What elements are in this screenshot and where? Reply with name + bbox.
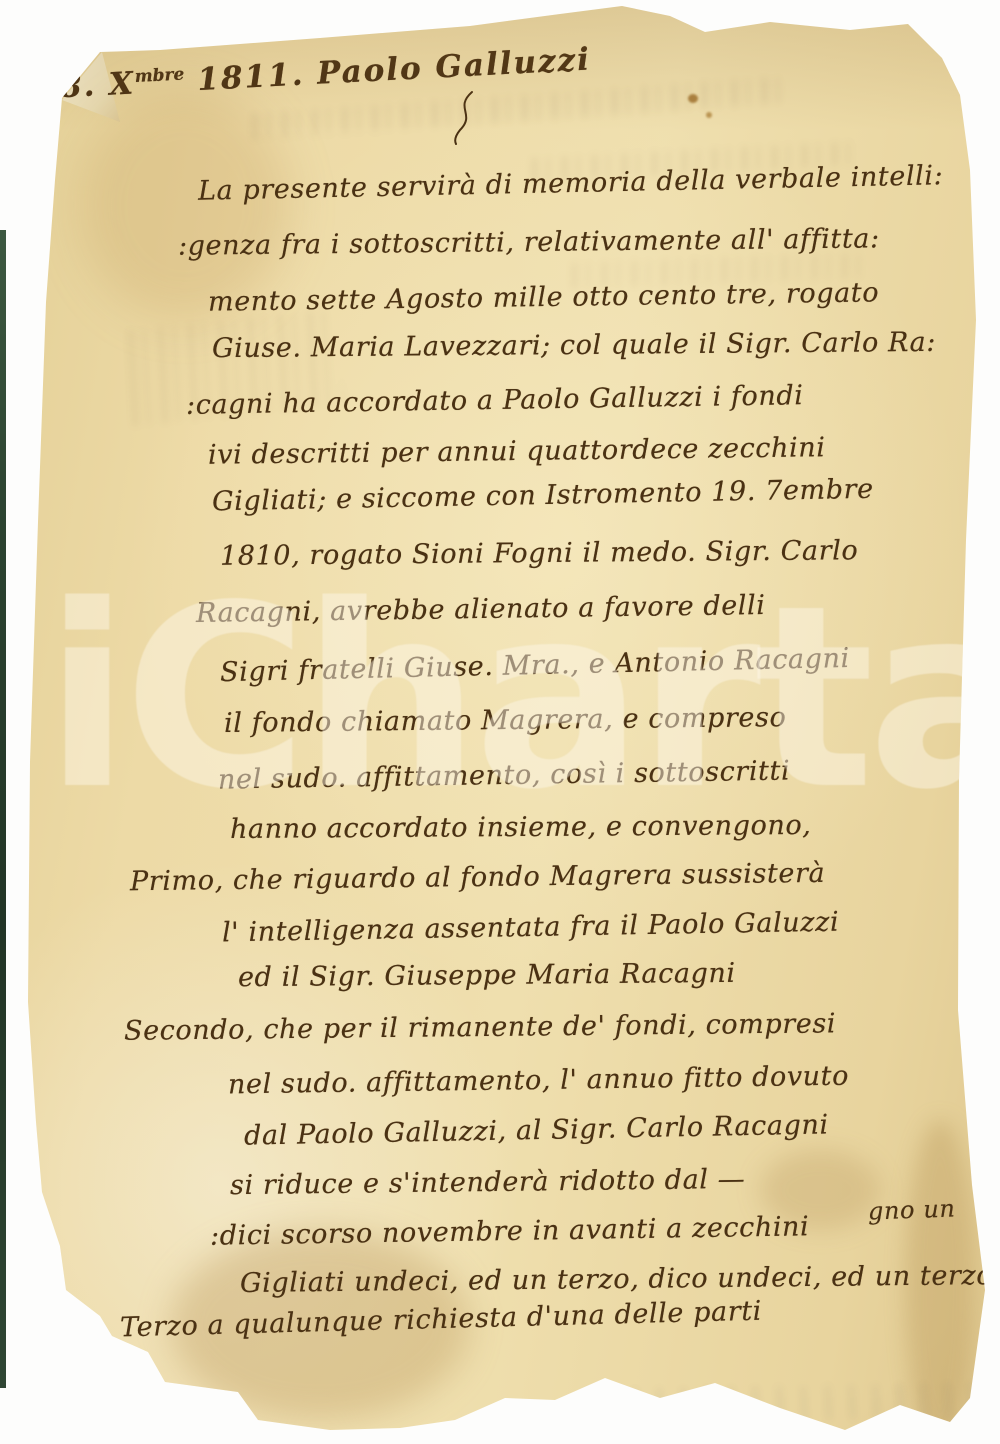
docket-line: 28. Xmbre 1811. Paolo Galluzzi [35, 41, 591, 106]
manuscript-page: 28. Xmbre 1811. Paolo Galluzzi La presen… [0, 0, 1000, 1444]
stain [706, 112, 712, 118]
manuscript-line: Sigri fratelli Giuse. Mra., e Antonio Ra… [220, 643, 850, 688]
manuscript-line: 1810, rogato Sioni Fogni il medo. Sigr. … [220, 535, 858, 572]
manuscript-line: Gigliati; e siccome con Istromento 19. 7… [212, 474, 874, 518]
pencil-smudge [600, 1382, 1000, 1423]
manuscript-line: dal Paolo Galluzzi, al Sigr. Carlo Racag… [244, 1109, 829, 1151]
manuscript-line: Gigliati undeci, ed un terzo, dico undec… [240, 1260, 993, 1299]
manuscript-line: :dici scorso novembre in avanti a zecchi… [210, 1211, 810, 1251]
manuscript-line: Racagni, avrebbe alienato a favore delli [196, 590, 766, 629]
manuscript-line: il fondo chiamato Magrera, e compreso [224, 702, 787, 739]
scanner-edge-strip [0, 230, 6, 1388]
manuscript-line: :genza fra i sottoscritti, relativamente… [178, 223, 880, 261]
docket-date: 28. X [35, 65, 136, 106]
manuscript-line: La presente servirà di memoria della ver… [198, 160, 944, 207]
docket-date-year: 1811. [184, 57, 306, 99]
stain [688, 94, 698, 103]
manuscript-line: hanno accordato insieme, e convengono, [230, 810, 812, 845]
manuscript-line: Secondo, che per il rimanente de' fondi,… [124, 1008, 836, 1046]
manuscript-line: Terzo a qualunque richiesta d'una delle … [120, 1296, 763, 1344]
manuscript-line: ivi descritti per annui quattordece zecc… [208, 432, 826, 471]
manuscript-line: Primo, che riguardo al fondo Magrera sus… [130, 858, 826, 897]
manuscript-line: Giuse. Maria Lavezzari; col quale il Sig… [212, 327, 936, 364]
pen-flourish [444, 88, 478, 150]
manuscript-line: gno un [868, 1194, 956, 1225]
manuscript-line: :cagni ha accordato a Paolo Galluzzi i f… [186, 380, 804, 421]
manuscript-line: si riduce e s'intenderà ridotto dal — [230, 1164, 746, 1201]
docket-name: Paolo Galluzzi [303, 41, 591, 92]
scanned-document: 28. Xmbre 1811. Paolo Galluzzi La presen… [0, 0, 1000, 1444]
manuscript-line: ed il Sigr. Giuseppe Maria Racagni [238, 958, 736, 993]
manuscript-line: nel sudo. affittamento, così i sottoscri… [218, 756, 791, 796]
manuscript-line: nel sudo. affittamento, l' annuo fitto d… [228, 1061, 849, 1101]
manuscript-line: l' intelligenza assentata fra il Paolo G… [222, 907, 840, 949]
manuscript-line: mento sette Agosto mille otto cento tre,… [208, 277, 879, 317]
docket-date-superscript: mbre [134, 64, 185, 87]
